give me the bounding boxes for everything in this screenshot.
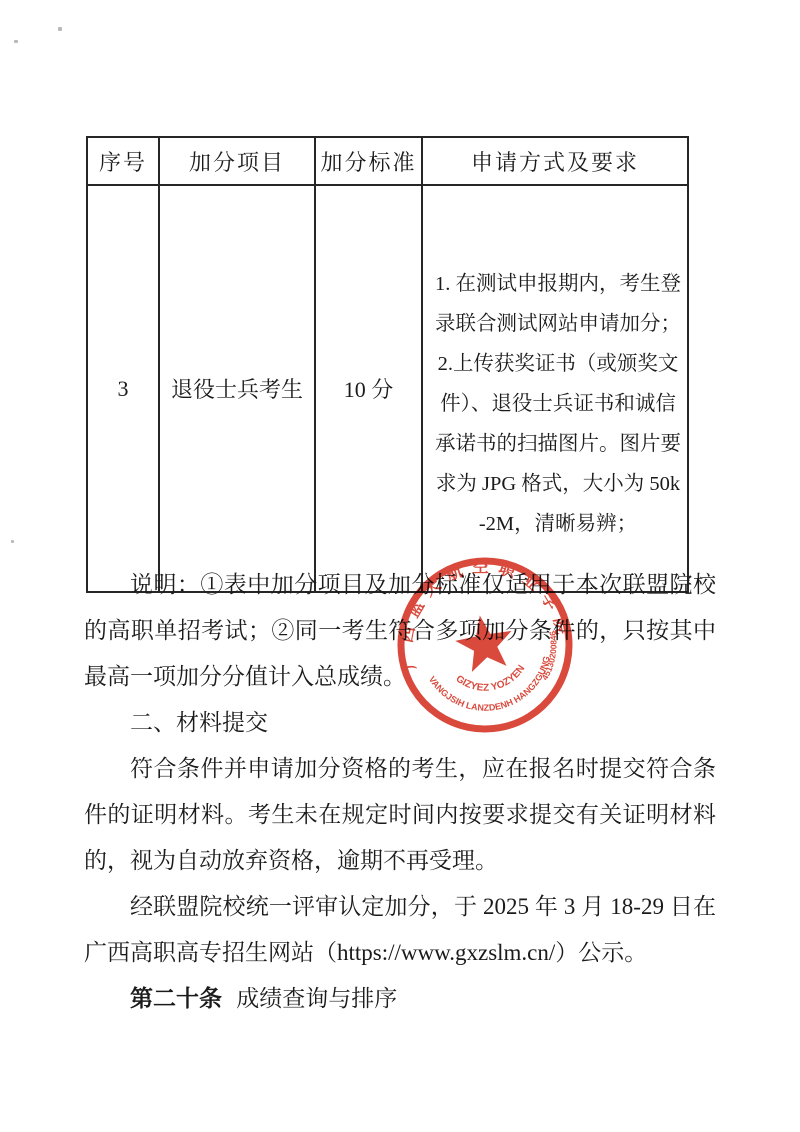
requirement-line-1: 1. 在测试申报期内，考生登录联合测试网站申请加分；: [435, 264, 681, 344]
table-header-row: 序号 加分项目 加分标准 申请方式及要求: [87, 137, 688, 185]
header-cell-index: 序号: [87, 137, 159, 185]
requirement-line-2: 2.上传获奖证书（或颁奖文件）、退役士兵证书和诚信承诺书的扫描图片。图片要求为 …: [435, 344, 681, 544]
clause-heading: 第二十条成绩查询与排序: [84, 976, 716, 1022]
header-cell-item: 加分项目: [159, 137, 315, 185]
scan-speck: [14, 40, 18, 43]
scan-speck: [11, 540, 14, 543]
cell-item: 退役士兵考生: [159, 185, 315, 592]
publicity-paragraph: 经联盟院校统一评审认定加分，于 2025 年 3 月 18-29 日在广西高职高…: [84, 884, 716, 976]
header-cell-standard: 加分标准: [315, 137, 422, 185]
scanned-document-page: 序号 加分项目 加分标准 申请方式及要求 3 退役士兵考生 10 分 1. 在测…: [0, 0, 800, 1132]
header-cell-requirements: 申请方式及要求: [422, 137, 688, 185]
table-row: 3 退役士兵考生 10 分 1. 在测试申报期内，考生登录联合测试网站申请加分；…: [87, 185, 688, 592]
clause-title-text: 成绩查询与排序: [236, 986, 397, 1011]
bonus-points-table: 序号 加分项目 加分标准 申请方式及要求 3 退役士兵考生 10 分 1. 在测…: [86, 136, 689, 593]
scan-speck: [58, 27, 62, 31]
cell-index: 3: [87, 185, 159, 592]
clause-number: 第二十条: [130, 986, 222, 1011]
cell-requirements: 1. 在测试申报期内，考生登录联合测试网站申请加分； 2.上传获奖证书（或颁奖文…: [422, 185, 688, 592]
notes-paragraph: 说明：①表中加分项目及加分标准仅适用于本次联盟院校的高职单招考试；②同一考生符合…: [84, 562, 716, 700]
section-heading: 二、材料提交: [84, 700, 716, 746]
cell-standard: 10 分: [315, 185, 422, 592]
document-body: 说明：①表中加分项目及加分标准仅适用于本次联盟院校的高职单招考试；②同一考生符合…: [84, 562, 716, 1022]
materials-paragraph: 符合条件并申请加分资格的考生，应在报名时提交符合条件的证明材料。考生未在规定时间…: [84, 746, 716, 884]
